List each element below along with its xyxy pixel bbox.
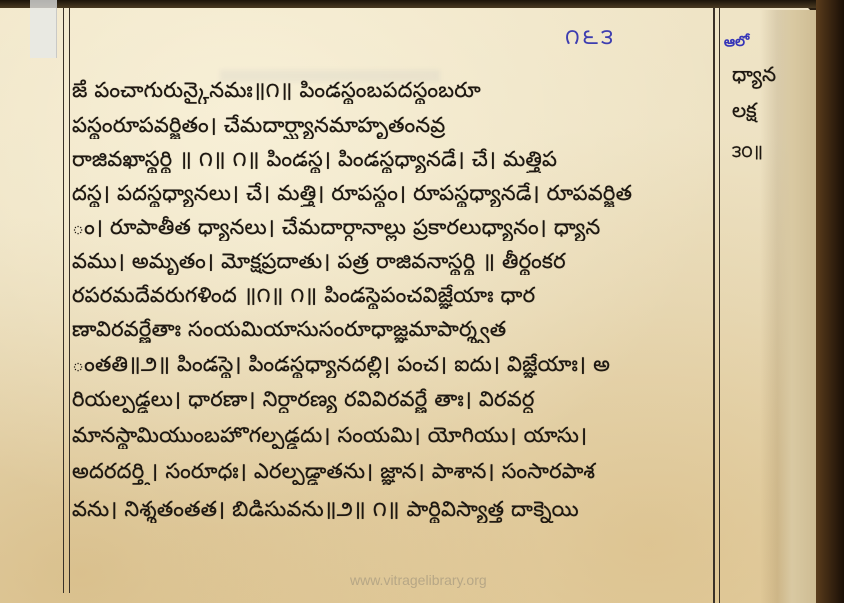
manuscript-line: ౙ పంచాగురున్కైనమః॥౧॥ పిండస్థంబపదస్థంబరూ: [72, 76, 712, 104]
manuscript-line: ం। రూపాతీత ధ్యానలు। చేమదార్గానాల్లు ప్రక…: [72, 213, 712, 241]
margin-note-line: ధ్యాన: [732, 62, 776, 91]
watermark: www.vitragelibrary.org: [350, 572, 487, 588]
left-margin-rule: [63, 8, 64, 593]
folio-number: ౧౬౩: [565, 25, 616, 55]
manuscript-line: ణావిరవర్ణేతాః సంయమియాసుసంరూధాజ్ఞమాపార్శ్…: [72, 315, 712, 343]
margin-note-line: లక్ష: [732, 98, 757, 127]
right-margin-rule: [713, 8, 715, 603]
repair-tape: [30, 0, 57, 58]
margin-note-line: ౩౦॥: [732, 142, 763, 166]
manuscript-line: దస్థ। పదస్థధ్యానలు। చే। మత్త్రి। రూపస్థం…: [72, 179, 712, 207]
manuscript-line: రియల్పడ్డలు। ధారణా। నిర్ధారణ్య రవివిరవర్…: [72, 385, 712, 413]
manuscript-line: రపరమదేవరుగళింద ॥౧॥ ౧॥ పిండస్థెపంచవిజ్ఞేయ…: [72, 281, 712, 309]
page-fore-edge: [760, 10, 820, 603]
manuscript-line: వను। నిశ్శతంతత। బిడిసువను॥౨॥ ౧॥ పార్థివి…: [72, 495, 712, 523]
manuscript-scan: ౧౬౩ ఆలో ధ్యాన లక్ష ౩౦॥ ౙ పంచాగురున్కైనమః…: [0, 0, 844, 603]
manuscript-line: ంతతి॥౨॥ పిండస్థె। పిండస్థధ్యానదల్లి। పంచ…: [72, 350, 712, 378]
manuscript-line: వము। అమృతం। మోక్షప్రదాతు। పత్ర రాజివనాస్…: [72, 247, 712, 275]
manuscript-line: రాజివఖాస్థర్థి ॥ ౧॥ ౧॥ పిండస్థ। పిండస్థధ…: [72, 145, 712, 173]
left-margin-rule-inner: [69, 8, 70, 593]
manuscript-line: అదరదర్త్తి। సంరూధః। ఎరల్పడ్డాతను। జ్ఞాన।…: [72, 457, 712, 485]
book-binding-edge: [816, 0, 844, 603]
manuscript-line: మానస్థామియుంబహొగల్పడ్డదు। సంయమి। యోగియు।…: [72, 421, 712, 449]
manuscript-line: పస్థంరూపవర్జితం। చేమదార్ఘ్యానమాహృతంనవ్ర: [72, 111, 712, 139]
right-margin-rule-inner: [719, 8, 720, 603]
margin-stamp: ఆలో: [724, 33, 751, 53]
top-edge-shadow: [0, 0, 844, 8]
